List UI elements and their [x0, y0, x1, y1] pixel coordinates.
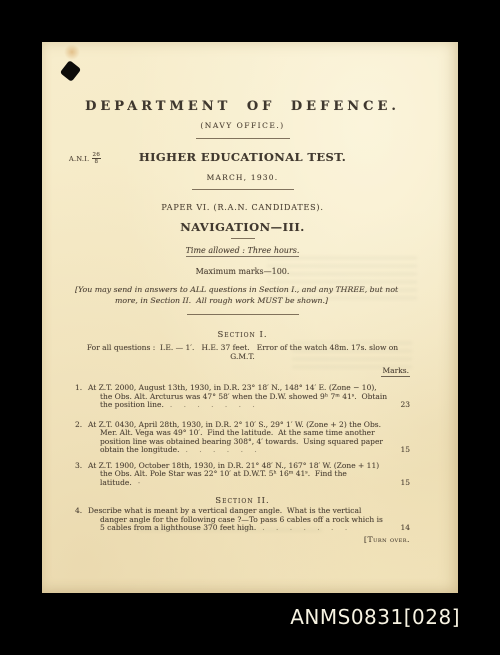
photo-catalogue-label: ANMS0831[028]	[290, 605, 460, 629]
navy-office-subtitle: (NAVY OFFICE.)	[75, 121, 410, 130]
time-allowed: Time allowed : Three hours.	[75, 246, 410, 256]
question-text: At Z.T. 2000, August 13th, 1930, in D.R.…	[88, 384, 388, 410]
photo-frame: DEPARTMENT OF DEFENCE. (NAVY OFFICE.) A.…	[0, 0, 500, 655]
maximum-marks: Maximum marks—100.	[75, 267, 410, 276]
department-title: DEPARTMENT OF DEFENCE.	[75, 100, 410, 114]
section-2-heading: Section II.	[75, 496, 410, 506]
leader-dots: -	[132, 478, 141, 487]
question-text: At Z.T. 1900, October 18th, 1930, in D.R…	[88, 462, 388, 488]
question-number: 1.	[75, 384, 88, 410]
turn-over-note: [Turn over.	[75, 535, 410, 544]
reference-denominator: 8	[92, 159, 102, 165]
question-marks: 15	[388, 446, 410, 455]
leader-dots: . . . . . .	[180, 445, 257, 454]
exam-title-row: A.N.I. 26 8 HIGHER EDUCATIONAL TEST.	[75, 151, 410, 164]
question-text: Describe what is meant by a vertical dan…	[88, 507, 388, 533]
divider-rule	[192, 189, 294, 190]
question-number: 3.	[75, 462, 88, 488]
leader-dots: . . . . . . .	[164, 400, 255, 409]
divider-rule	[187, 314, 299, 315]
reference-label: A.N.I.	[69, 155, 90, 163]
question-item: 1. At Z.T. 2000, August 13th, 1930, in D…	[75, 384, 410, 410]
reference-fraction: 26 8	[92, 152, 102, 165]
question-item: 2. At Z.T. 0430, April 28th, 1930, in D.…	[75, 421, 410, 455]
exam-title: HIGHER EDUCATIONAL TEST.	[75, 151, 410, 164]
section-1-preamble: For all questions : I.E. — 1′. H.E. 37 f…	[75, 343, 410, 361]
question-item: 3. At Z.T. 1900, October 18th, 1930, in …	[75, 462, 410, 488]
exam-date: MARCH, 1930.	[75, 173, 410, 182]
question-marks: 15	[388, 479, 410, 488]
leader-dots: . . . . . . .	[256, 523, 347, 532]
paper-number-line: PAPER VI. (R.A.N. CANDIDATES).	[75, 203, 410, 213]
section-1-heading: Section I.	[75, 330, 410, 340]
reference-numerator: 26	[92, 152, 102, 159]
reference-number: A.N.I. 26 8	[69, 152, 101, 165]
marks-column-header: Marks.	[75, 366, 410, 377]
divider-rule	[231, 238, 255, 239]
question-number: 4.	[75, 507, 88, 533]
paper-stain	[64, 44, 80, 60]
question-marks: 14	[388, 524, 410, 533]
punch-hole-mark	[60, 60, 82, 82]
question-number: 2.	[75, 421, 88, 455]
question-marks: 23	[388, 401, 410, 410]
instructions-note: [You may send in answers to ALL question…	[75, 285, 410, 306]
subject-title: NAVIGATION—III.	[75, 220, 410, 234]
divider-rule	[196, 138, 290, 139]
document-page: DEPARTMENT OF DEFENCE. (NAVY OFFICE.) A.…	[42, 42, 458, 593]
question-item: 4. Describe what is meant by a vertical …	[75, 507, 410, 533]
question-text: At Z.T. 0430, April 28th, 1930, in D.R. …	[88, 421, 388, 455]
